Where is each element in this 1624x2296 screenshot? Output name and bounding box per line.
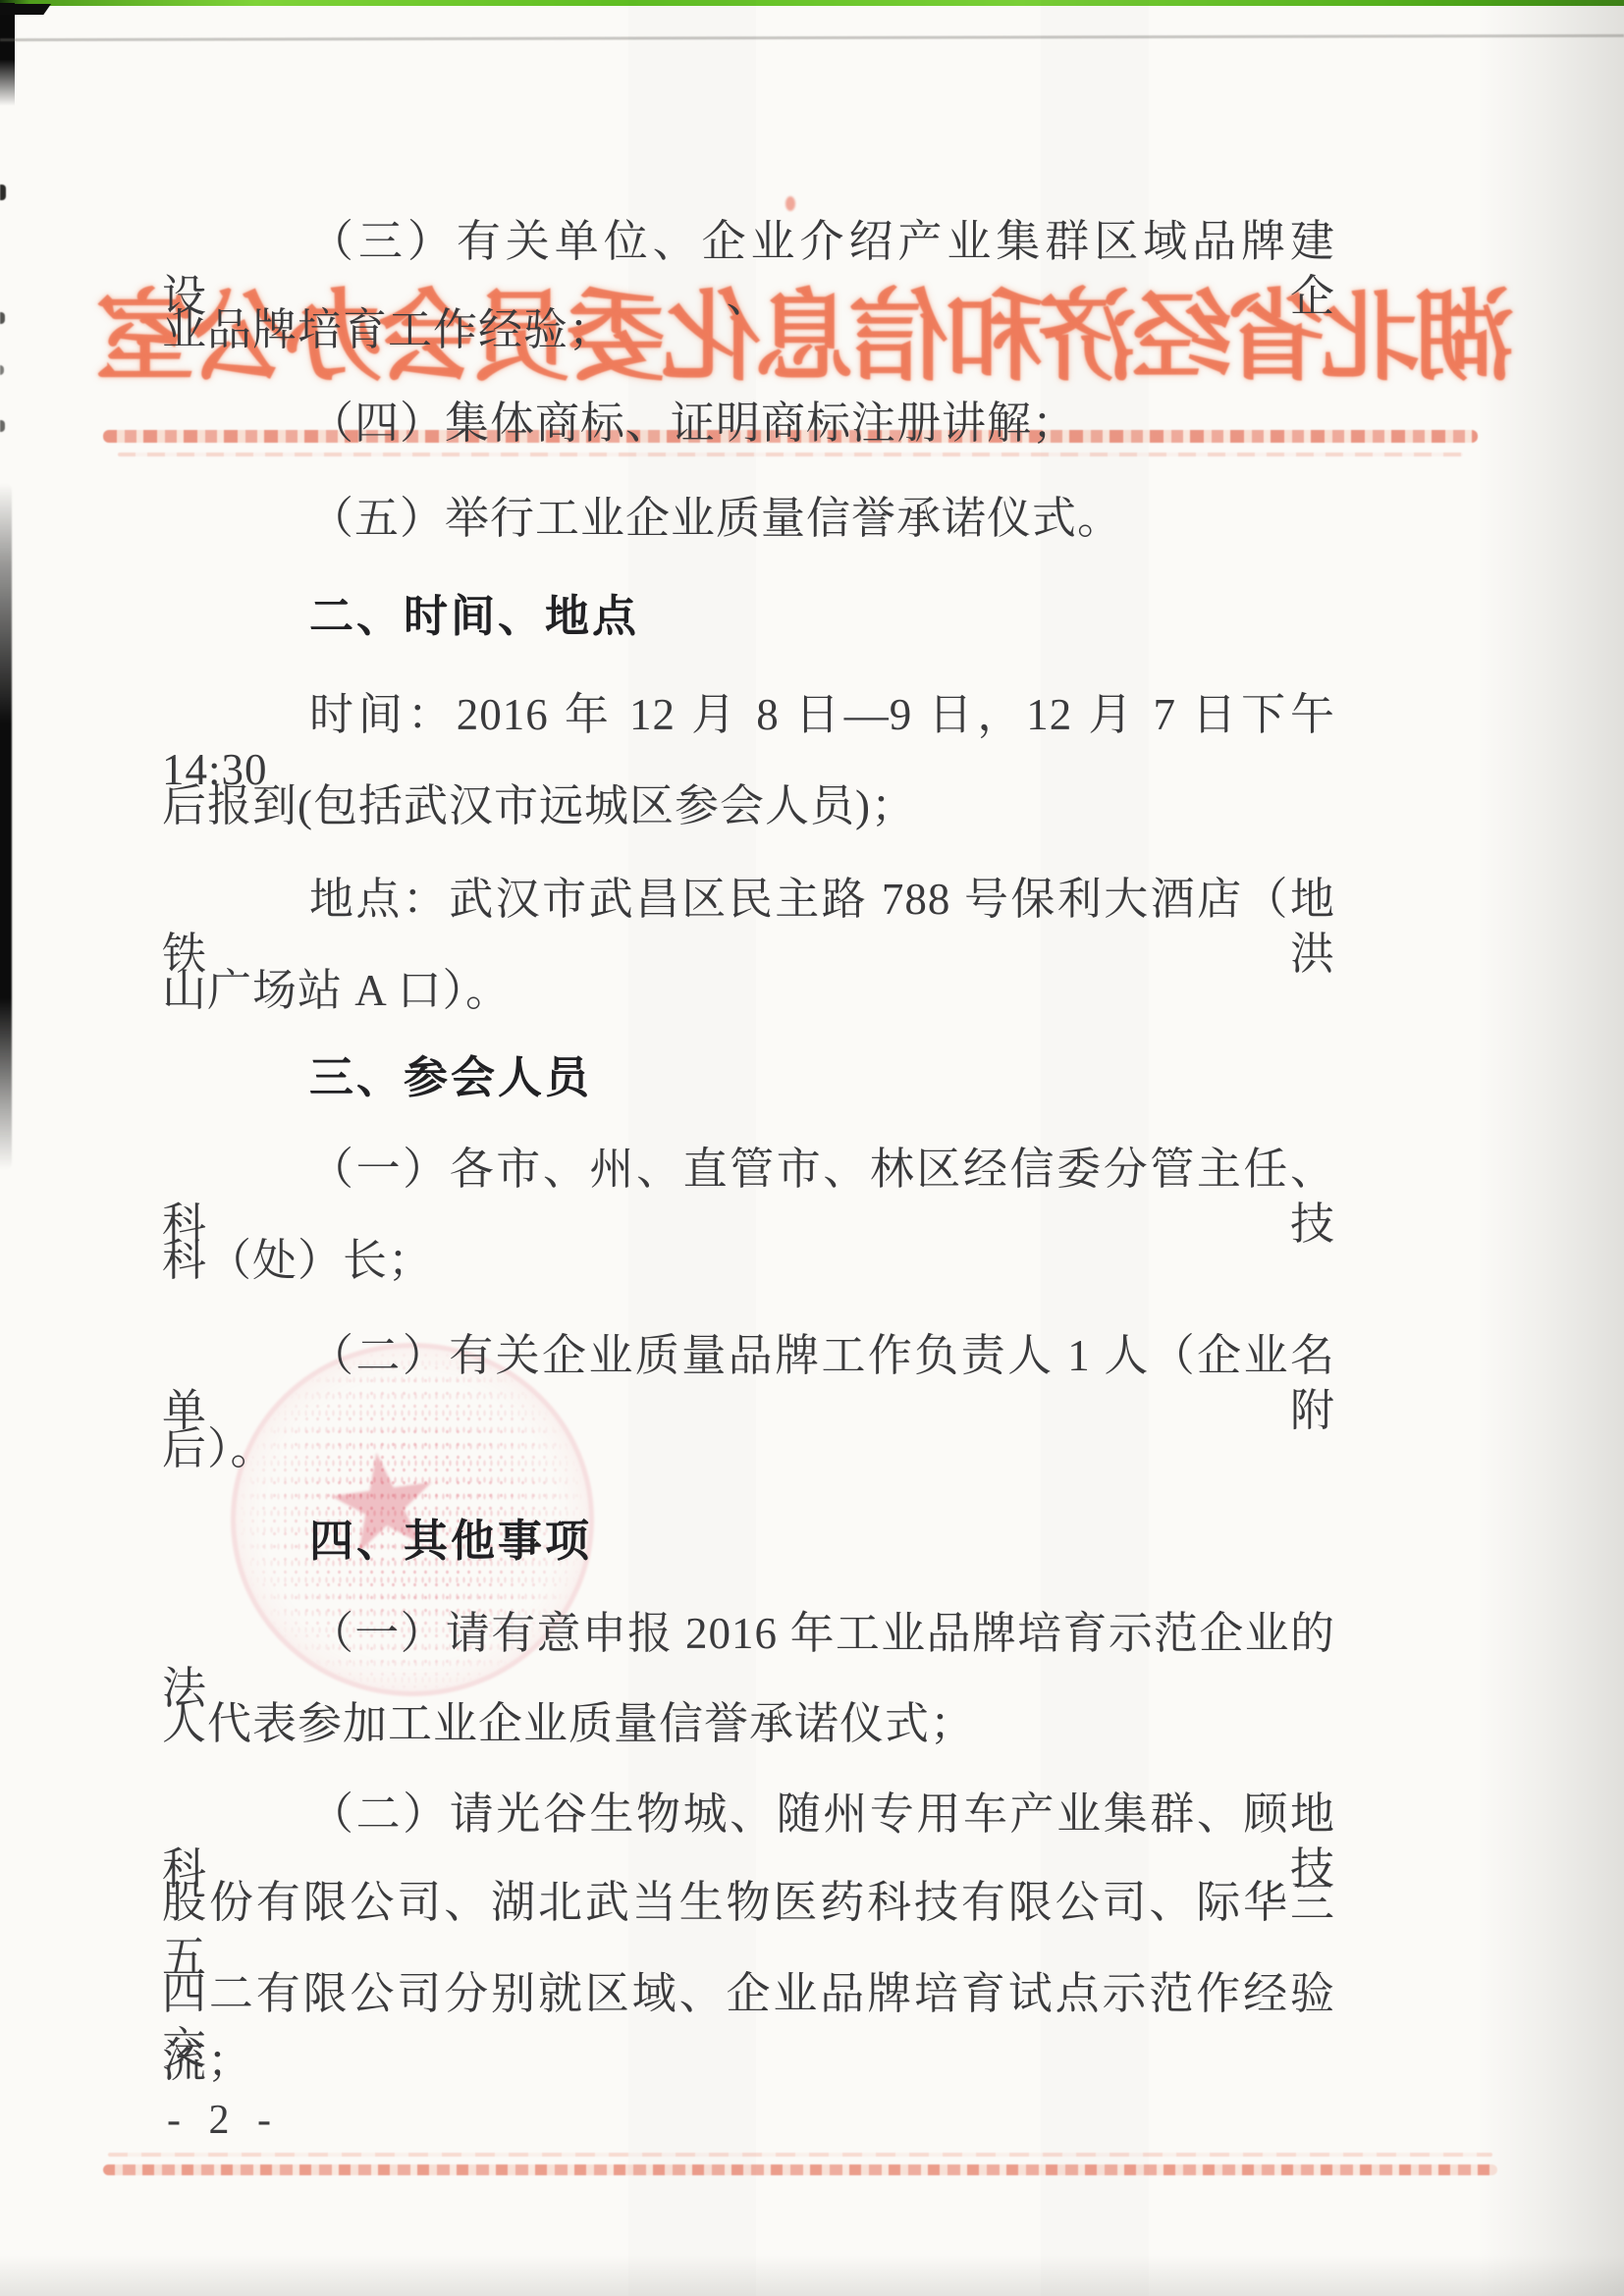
- scan-artifact-left-smear: [0, 483, 12, 1170]
- text-line: 山广场站 A 口）。: [162, 963, 1335, 1018]
- ink-speck: [785, 196, 795, 211]
- page-number: - 2 -: [167, 2097, 280, 2144]
- bleedthrough-rule-bottom: [103, 2164, 1497, 2175]
- scan-artifact-mark: [0, 185, 6, 200]
- paper-bottom-edge-shadow: [0, 2255, 1624, 2296]
- text-line: （四）集体商标、证明商标注册讲解；: [162, 396, 1335, 451]
- section-heading: 三、参会人员: [162, 1050, 1335, 1105]
- scan-artifact-corner: [0, 3, 15, 106]
- text-line: （五）举行工业企业质量信誉承诺仪式。: [162, 491, 1335, 546]
- bleedthrough-rule-bottom-thin: [108, 2153, 1492, 2157]
- text-line: 业品牌培育工作经验；: [162, 302, 1335, 357]
- text-line: 人代表参加工业企业质量信誉承诺仪式；: [162, 1696, 1335, 1751]
- paper-top-edge: [0, 34, 1624, 41]
- text-line: 流；: [162, 2034, 1335, 2089]
- bleedthrough-rule-top-thin: [118, 453, 1463, 456]
- text-line: 科（处）长；: [162, 1233, 1335, 1288]
- section-heading: 二、时间、地点: [162, 589, 1335, 644]
- section-heading: 四、其他事项: [162, 1514, 1335, 1569]
- scanner-edge-strip: [0, 0, 1624, 6]
- scan-artifact-corner-top: [0, 4, 51, 15]
- text-line: 后报到(包括武汉市远城区参会人员)；: [162, 778, 1335, 833]
- text-line: 后）。: [162, 1421, 1335, 1476]
- scan-artifact-mark: [0, 365, 4, 375]
- scan-artifact-mark: [0, 420, 5, 432]
- scan-artifact-mark: [0, 312, 5, 324]
